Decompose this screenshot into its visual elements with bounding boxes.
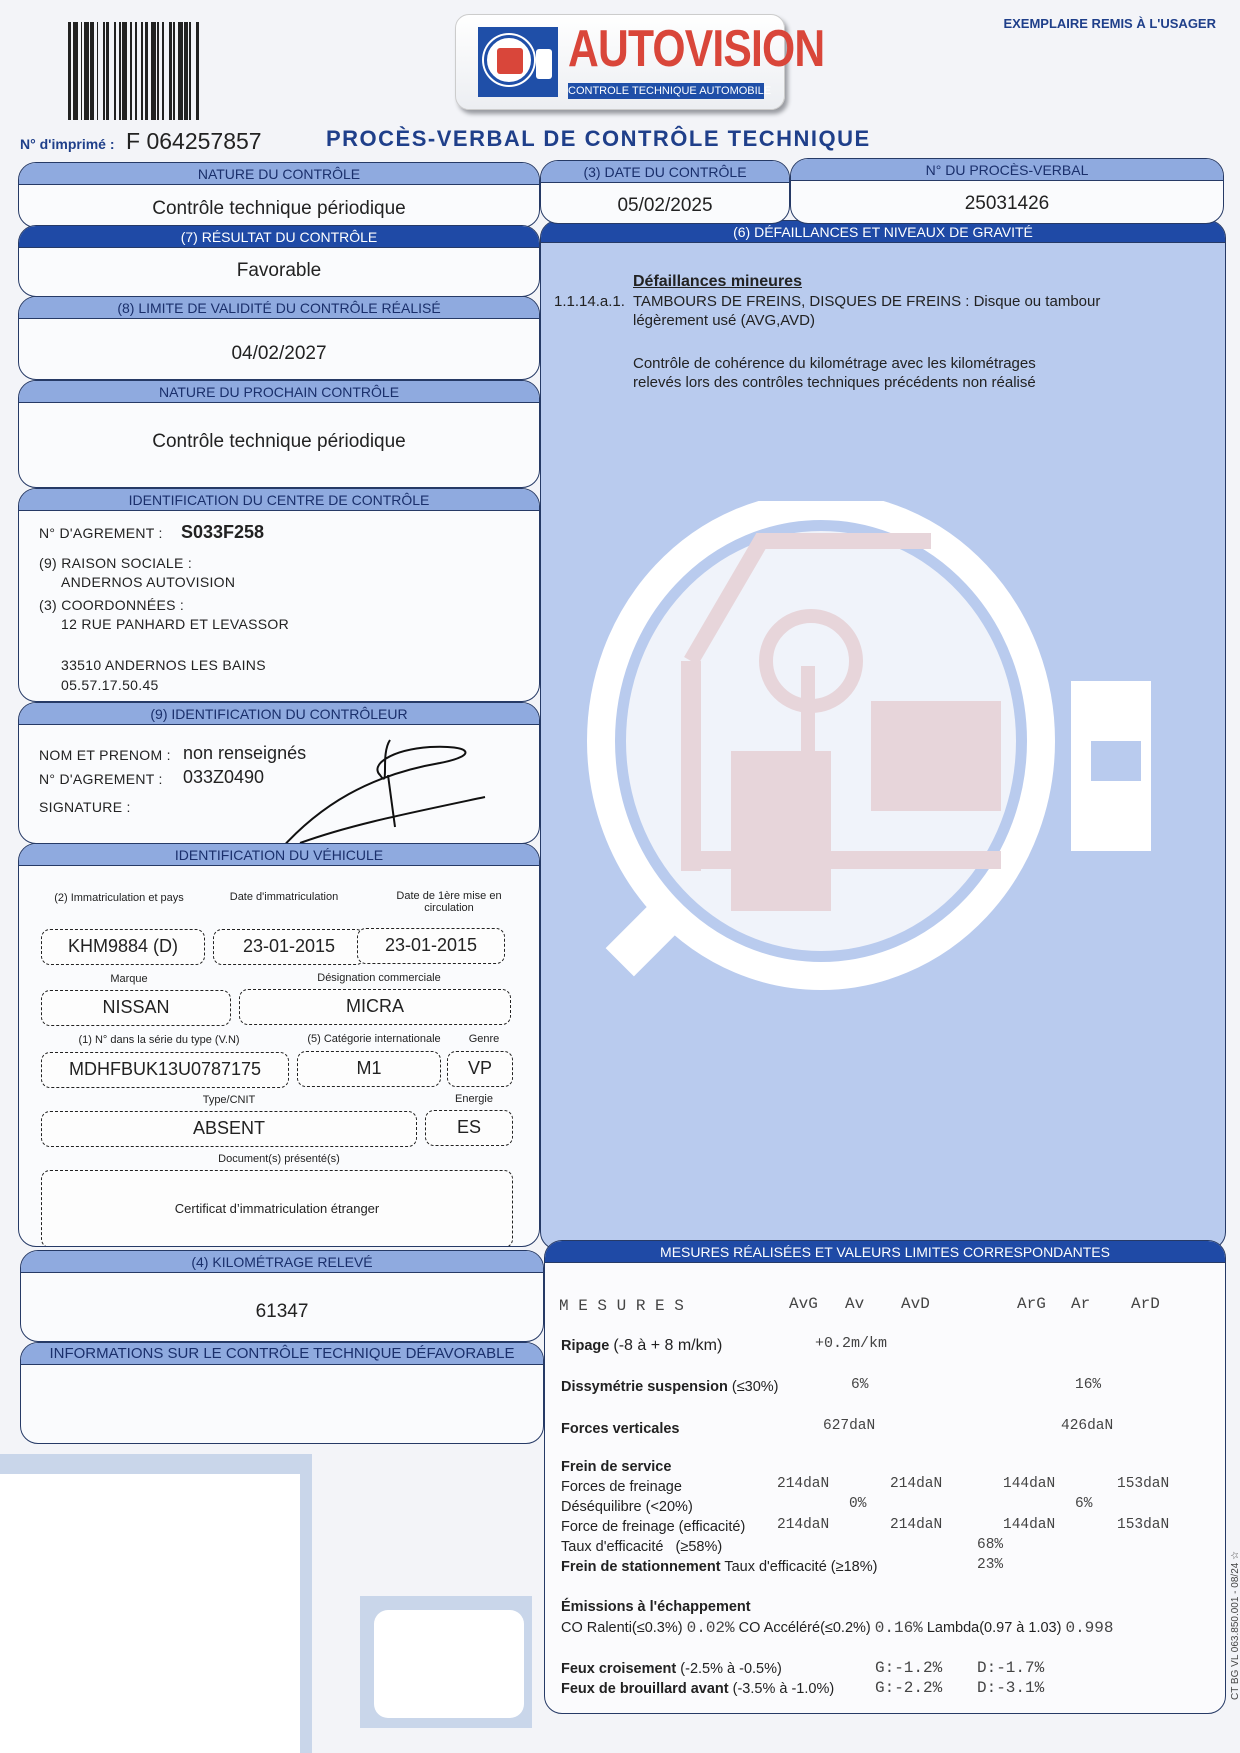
date-mise-field: 23-01-2015 xyxy=(357,928,505,964)
co-accelere-label: CO Accéléré(≤0.2%) xyxy=(739,1620,871,1636)
defavorable-section: INFORMATIONS SUR LE CONTRÔLE TECHNIQUE D… xyxy=(20,1342,544,1444)
controleur-nom-label: NOM ET PRENOM : xyxy=(39,747,171,763)
desequilibre-av: 0% xyxy=(849,1496,866,1512)
forces-verticales-ar: 426daN xyxy=(1061,1418,1113,1434)
prochain-controle-value: Contrôle technique périodique xyxy=(19,431,539,453)
ripage-value: +0.2m/km xyxy=(815,1335,887,1352)
dissymetrie-ar: 16% xyxy=(1075,1377,1101,1393)
lambda-label: Lambda(0.97 à 1.03) xyxy=(927,1620,1062,1636)
brand-subtitle: CONTROLE TECHNIQUE AUTOMOBILE xyxy=(568,83,764,99)
frein-service-label: Frein de service xyxy=(561,1459,671,1475)
energie-field: ES xyxy=(425,1110,513,1146)
feux-brouillard-d: D:-3.1% xyxy=(977,1679,1044,1697)
marque-label: Marque xyxy=(79,973,179,985)
phone: 05.57.17.50.45 xyxy=(61,677,159,693)
nature-controle-value: Contrôle technique périodique xyxy=(19,198,539,220)
dissymetrie-limit: (≤30%) xyxy=(732,1379,779,1395)
controleur-agrement-value: 033Z0490 xyxy=(183,767,264,788)
documents-field: Certificat d’immatriculation étranger xyxy=(41,1170,513,1247)
form-reference: CT BG VL 063.850.001 - 08/24 ☆ xyxy=(1230,1551,1240,1700)
sticker-area xyxy=(360,1596,532,1728)
genre-field: VP xyxy=(447,1051,513,1087)
barcode xyxy=(68,22,288,120)
brand-name: AUTOVISION xyxy=(568,19,824,79)
feux-croisement-d: D:-1.7% xyxy=(977,1659,1044,1677)
imprime-number: F 064257857 xyxy=(126,128,262,155)
frein-stationnement-value: 23% xyxy=(977,1557,1003,1573)
emissions-label: Émissions à l'échappement xyxy=(561,1599,751,1615)
type-field: ABSENT xyxy=(41,1111,417,1147)
feux-croisement-label: Feux croisement xyxy=(561,1661,676,1677)
validite-value: 04/02/2027 xyxy=(19,343,539,365)
vehicule-header: IDENTIFICATION DU VÉHICULE xyxy=(19,844,539,866)
frein-stationnement-taux-label: Taux d'efficacité (≥18%) xyxy=(724,1559,877,1575)
defaillances-header: (6) DÉFAILLANCES ET NIVEAUX DE GRAVITÉ xyxy=(541,221,1225,243)
numero-pv-value: 25031426 xyxy=(791,193,1223,215)
defaillance-category: Défaillances mineures xyxy=(633,273,802,291)
marque-field: NISSAN xyxy=(41,990,231,1026)
immat-field: KHM9884 (D) xyxy=(41,929,205,965)
date-controle-header: (3) DATE DU CONTRÔLE xyxy=(541,161,789,183)
resultat-value: Favorable xyxy=(19,260,539,282)
document-title: PROCÈS-VERBAL DE CONTRÔLE TECHNIQUE xyxy=(326,126,871,152)
efficacite-label: Force de freinage (efficacité) xyxy=(561,1519,745,1535)
numero-pv-header: N° DU PROCÈS-VERBAL xyxy=(791,159,1223,181)
magnifier-car-icon xyxy=(478,27,558,97)
date-mise-label: Date de 1ère mise en circulation xyxy=(374,890,524,914)
kilometrage-section: (4) KILOMÉTRAGE RELEVÉ 61347 xyxy=(20,1250,544,1342)
col-avd: AvD xyxy=(901,1295,930,1313)
type-label: Type/CNIT xyxy=(179,1094,279,1106)
forces-freinage-avd: 214daN xyxy=(890,1476,942,1492)
genre-label: Genre xyxy=(459,1033,509,1045)
centre-agrement-value: S033F258 xyxy=(181,522,264,543)
co-ralenti-label: CO Ralenti(≤0.3%) xyxy=(561,1620,683,1636)
designation-field: MICRA xyxy=(239,989,511,1025)
dissymetrie-av: 6% xyxy=(851,1377,868,1393)
forces-freinage-arg: 144daN xyxy=(1003,1476,1055,1492)
defavorable-header: INFORMATIONS SUR LE CONTRÔLE TECHNIQUE D… xyxy=(21,1343,543,1365)
autovision-logo: AUTOVISION CONTROLE TECHNIQUE AUTOMOBILE xyxy=(455,14,785,110)
col-avg: AvG xyxy=(789,1295,818,1313)
prochain-controle-section: NATURE DU PROCHAIN CONTRÔLE Contrôle tec… xyxy=(18,380,540,488)
validite-section: (8) LIMITE DE VALIDITÉ DU CONTRÔLE RÉALI… xyxy=(18,296,540,380)
prochain-controle-header: NATURE DU PROCHAIN CONTRÔLE xyxy=(19,381,539,403)
col-ar: Ar xyxy=(1071,1295,1090,1313)
resultat-section: (7) RÉSULTAT DU CONTRÔLE Favorable xyxy=(18,225,540,297)
forces-freinage-avg: 214daN xyxy=(777,1476,829,1492)
taux-efficacite-value: 68% xyxy=(977,1537,1003,1553)
vehicule-section: IDENTIFICATION DU VÉHICULE (2) Immatricu… xyxy=(18,843,540,1247)
date-immat-label: Date d'immatriculation xyxy=(209,891,359,903)
defaillance-text-line2: légèrement usé (AVG,AVD) xyxy=(633,312,815,329)
categorie-label: (5) Catégorie internationale xyxy=(299,1033,449,1045)
stamp-area xyxy=(0,1454,312,1753)
centre-agrement-label: N° D'AGREMENT : xyxy=(39,525,163,541)
controleur-header: (9) IDENTIFICATION DU CONTRÔLEUR xyxy=(19,703,539,725)
feux-brouillard-label: Feux de brouillard avant xyxy=(561,1681,729,1697)
vin-label: (1) N° dans la série du type (V.N) xyxy=(59,1034,259,1046)
coordonnees-label: (3) COORDONNÉES : xyxy=(39,597,184,613)
resultat-header: (7) RÉSULTAT DU CONTRÔLE xyxy=(19,226,539,248)
forces-freinage-ard: 153daN xyxy=(1117,1476,1169,1492)
ripage-limit: (-8 à + 8 m/km) xyxy=(613,1337,722,1354)
defaillance-note-line2: relevés lors des contrôles techniques pr… xyxy=(633,374,1036,391)
feux-croisement-limit: (-2.5% à -0.5%) xyxy=(680,1661,782,1677)
efficacite-avd: 214daN xyxy=(890,1517,942,1533)
date-immat-field: 23-01-2015 xyxy=(213,929,365,965)
feux-brouillard-g: G:-2.2% xyxy=(875,1679,942,1697)
immat-label: (2) Immatriculation et pays xyxy=(39,892,199,904)
defaillances-section: (6) DÉFAILLANCES ET NIVEAUX DE GRAVITÉ D… xyxy=(540,220,1226,1250)
numero-pv-section: N° DU PROCÈS-VERBAL 25031426 xyxy=(790,158,1224,224)
co-accelere-value: 0.16% xyxy=(875,1619,923,1637)
defaillance-code: 1.1.14.a.1. xyxy=(554,293,625,310)
forces-freinage-label: Forces de freinage xyxy=(561,1479,682,1495)
efficacite-ard: 153daN xyxy=(1117,1517,1169,1533)
lambda-value: 0.998 xyxy=(1065,1619,1113,1637)
defaillance-text-line1: TAMBOURS DE FREINS, DISQUES DE FREINS : … xyxy=(633,293,1100,310)
forces-verticales-av: 627daN xyxy=(823,1418,875,1434)
col-ard: ArD xyxy=(1131,1295,1160,1313)
signature-mark xyxy=(260,735,500,855)
documents-label: Document(s) présenté(s) xyxy=(179,1153,379,1165)
date-controle-section: (3) DATE DU CONTRÔLE 05/02/2025 xyxy=(540,160,790,224)
energie-label: Energie xyxy=(439,1093,509,1105)
taux-efficacite-label: Taux d'efficacité (≥58%) xyxy=(561,1539,722,1555)
desequilibre-ar: 6% xyxy=(1075,1496,1092,1512)
raison-sociale-label: (9) RAISON SOCIALE : xyxy=(39,555,192,571)
vin-field: MDHFBUK13U0787175 xyxy=(41,1052,289,1088)
dissymetrie-label: Dissymétrie suspension xyxy=(561,1379,728,1395)
nature-controle-header: NATURE DU CONTRÔLE xyxy=(19,163,539,185)
co-ralenti-value: 0.02% xyxy=(687,1619,735,1637)
ripage-label: Ripage xyxy=(561,1338,609,1354)
feux-croisement-g: G:-1.2% xyxy=(875,1659,942,1677)
mesures-section: MESURES RÉALISÉES ET VALEURS LIMITES COR… xyxy=(544,1240,1226,1714)
mesures-title: M E S U R E S xyxy=(559,1297,684,1315)
date-controle-value: 05/02/2025 xyxy=(541,195,789,217)
kilometrage-value: 61347 xyxy=(21,1301,543,1323)
validite-header: (8) LIMITE DE VALIDITÉ DU CONTRÔLE RÉALI… xyxy=(19,297,539,319)
controleur-agrement-label: N° D'AGREMENT : xyxy=(39,771,163,787)
address-line2: 33510 ANDERNOS LES BAINS xyxy=(61,657,266,673)
signature-label: SIGNATURE : xyxy=(39,799,131,815)
forces-verticales-label: Forces verticales xyxy=(561,1421,680,1437)
frein-stationnement-label: Frein de stationnement xyxy=(561,1559,721,1575)
mesures-header: MESURES RÉALISÉES ET VALEURS LIMITES COR… xyxy=(545,1241,1225,1263)
imprime-label: N° d'imprimé : xyxy=(20,136,115,152)
centre-header: IDENTIFICATION DU CENTRE DE CONTRÔLE xyxy=(19,489,539,511)
designation-label: Désignation commerciale xyxy=(289,972,469,984)
efficacite-arg: 144daN xyxy=(1003,1517,1055,1533)
col-arg: ArG xyxy=(1017,1295,1046,1313)
col-av: Av xyxy=(845,1295,864,1313)
defaillance-note-line1: Contrôle de cohérence du kilométrage ave… xyxy=(633,355,1036,372)
raison-sociale-value: ANDERNOS AUTOVISION xyxy=(61,574,235,590)
kilometrage-header: (4) KILOMÉTRAGE RELEVÉ xyxy=(21,1251,543,1273)
feux-brouillard-limit: (-3.5% à -1.0%) xyxy=(733,1681,835,1697)
nature-controle-section: NATURE DU CONTRÔLE Contrôle technique pé… xyxy=(18,162,540,228)
watermark-magnifier-icon xyxy=(571,501,1191,1021)
centre-section: IDENTIFICATION DU CENTRE DE CONTRÔLE N° … xyxy=(18,488,540,702)
efficacite-avg: 214daN xyxy=(777,1517,829,1533)
categorie-field: M1 xyxy=(297,1051,441,1087)
desequilibre-label: Déséquilibre (<20%) xyxy=(561,1499,693,1515)
address-line1: 12 RUE PANHARD ET LEVASSOR xyxy=(61,616,289,632)
copy-note: EXEMPLAIRE REMIS À L'USAGER xyxy=(1003,16,1216,31)
